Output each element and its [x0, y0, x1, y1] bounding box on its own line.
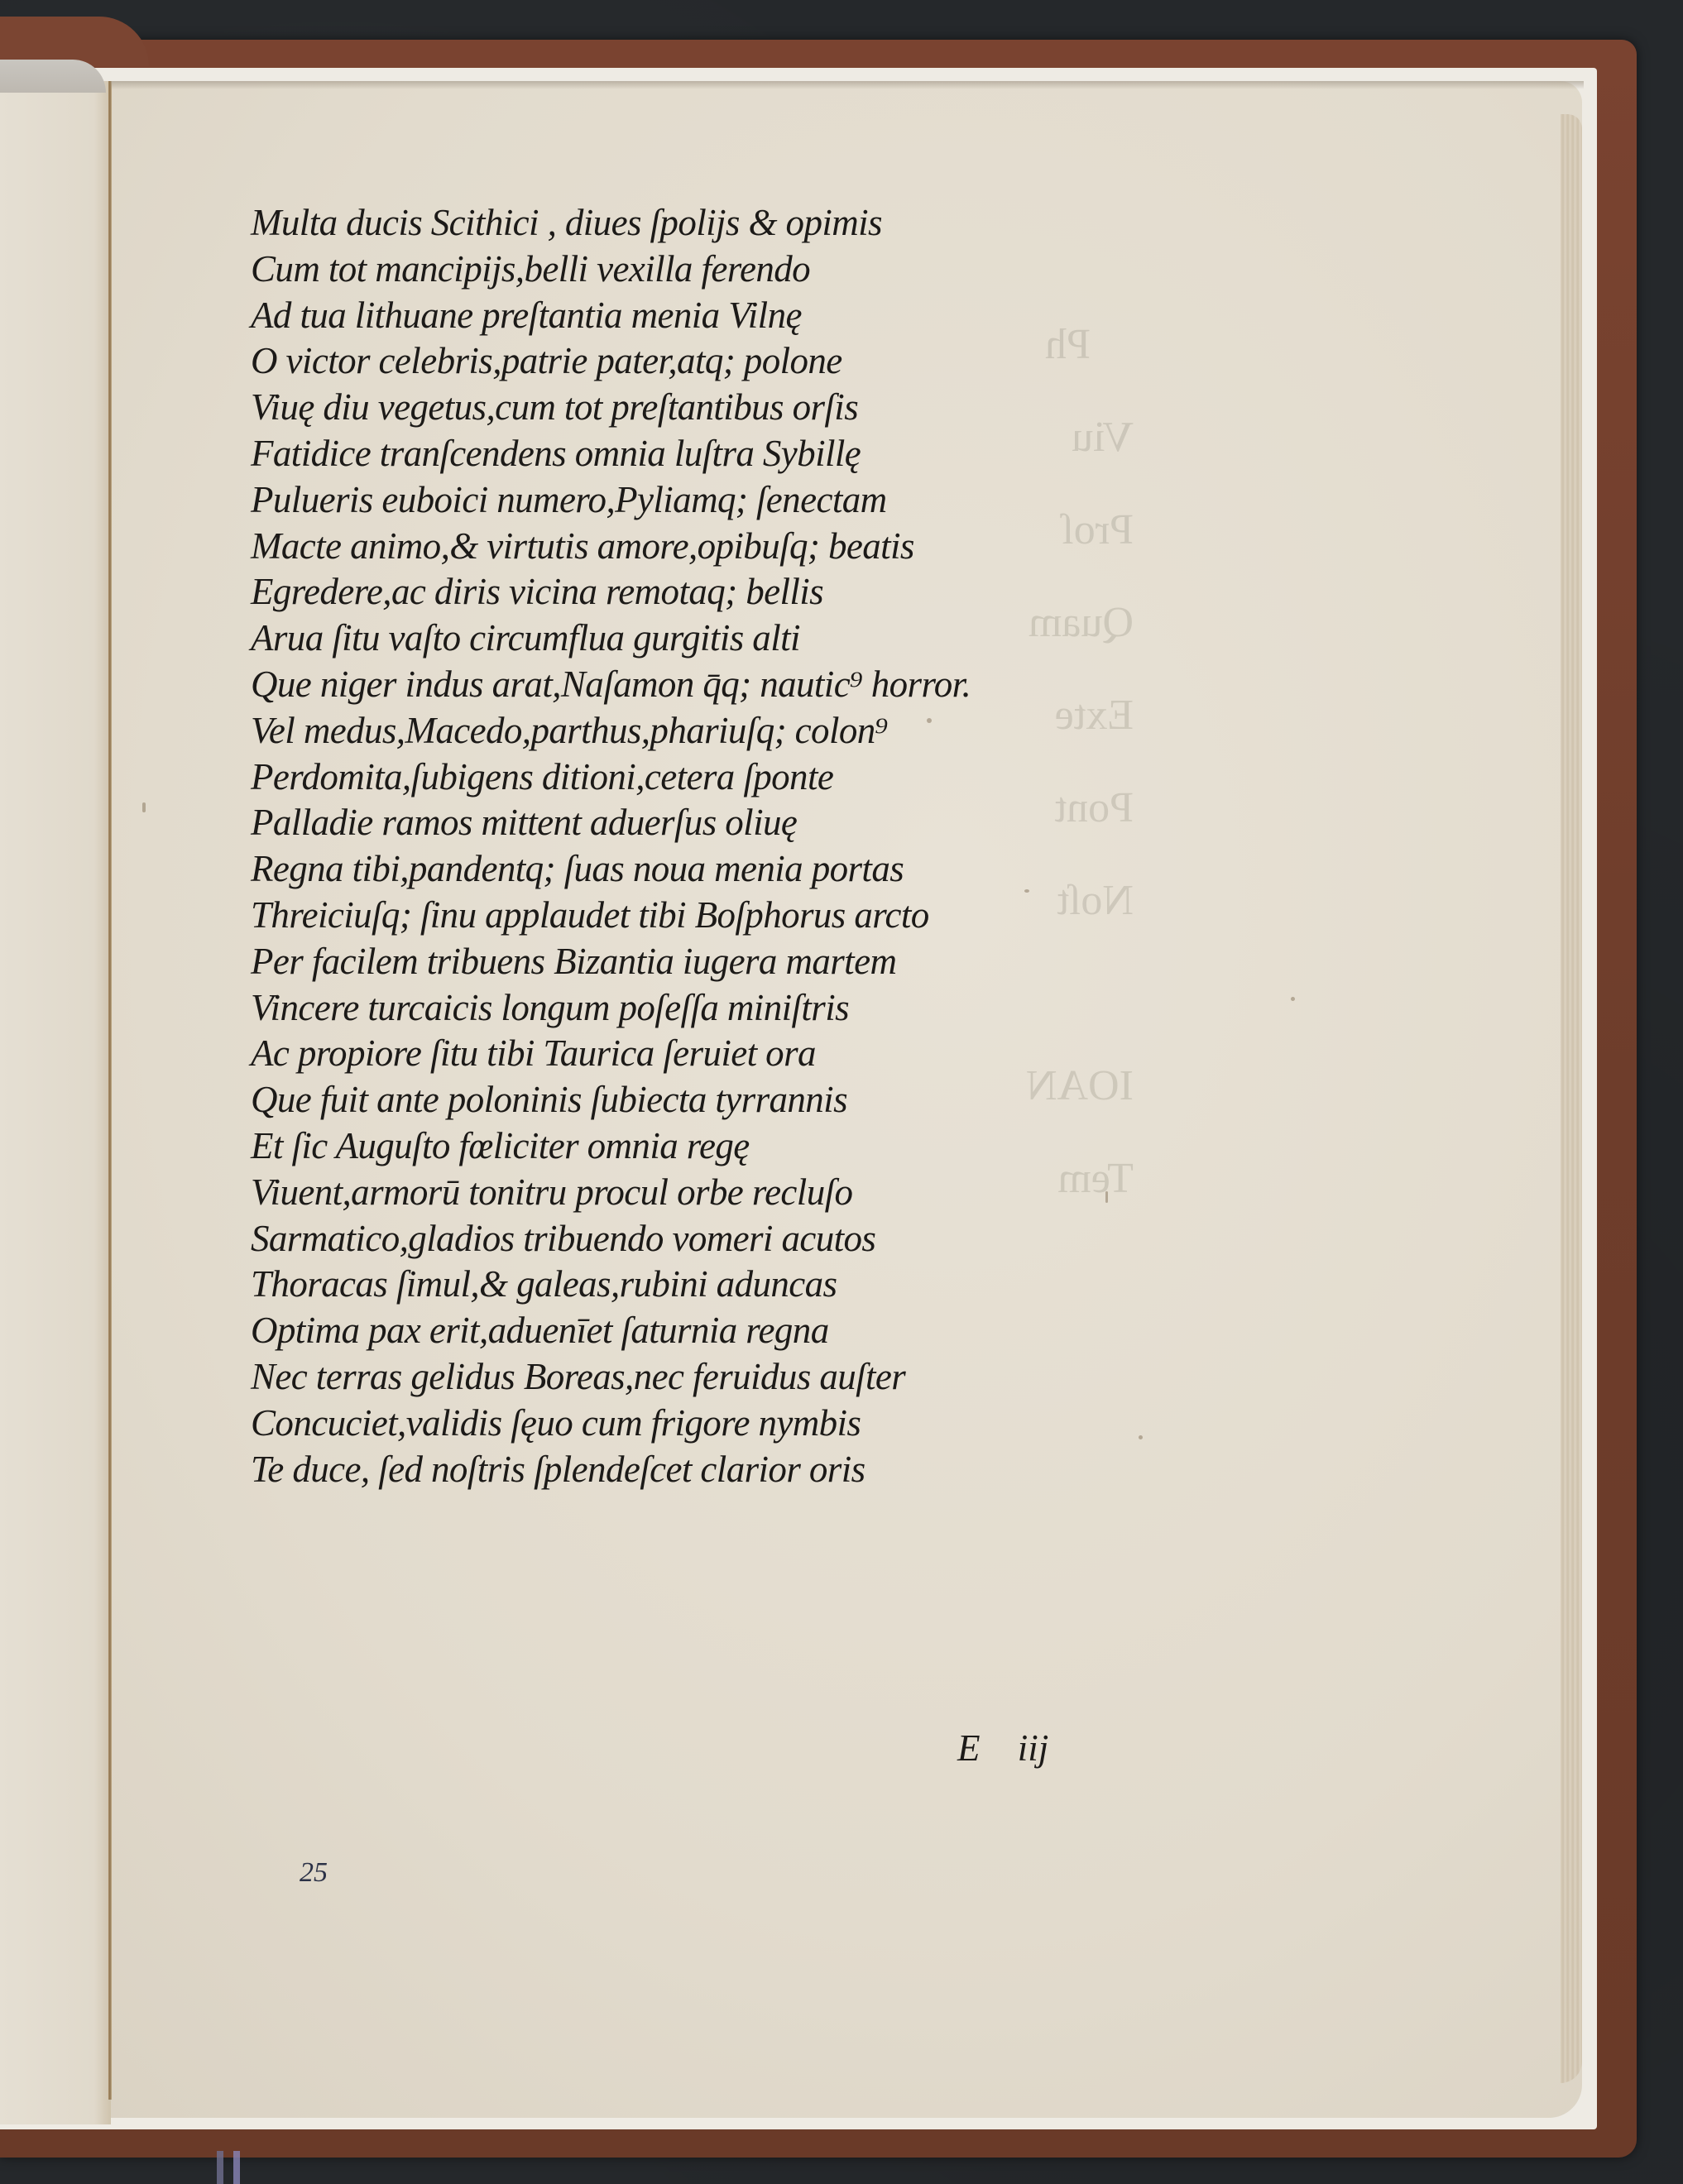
verse-line: Sarmatico,gladios tribuendo vomeri acuto…	[251, 1216, 971, 1262]
verse-line: Multa ducis Scithici , diues ſpolijs & o…	[251, 200, 971, 247]
verse-line: Que fuit ante poloninis ſubiecta tyrrann…	[251, 1077, 971, 1123]
verse-line: Fatidice tranſcendens omnia luſtra Sybil…	[251, 431, 971, 477]
verse-line: Palladie ramos mittent aduerſus oliuę	[251, 800, 971, 846]
verse-line: Threiciuſq; ſinu applaudet tibi Boſphoru…	[251, 893, 971, 939]
verse-line: Ac propiore ſitu tibi Taurica ſeruiet or…	[251, 1031, 971, 1077]
paper-speck	[1024, 889, 1029, 893]
verse-line: Ad tua lithuane preſtantia menia Vilnę	[251, 293, 971, 339]
left-page-curl	[0, 60, 106, 93]
bookmark-ribbon	[233, 2151, 240, 2184]
verse-line: Viuent,armorū tonitru procul orbe recluſ…	[251, 1170, 971, 1216]
page-top-shadow	[111, 81, 1584, 89]
verse-text: Multa ducis Scithici , diues ſpolijs & o…	[251, 200, 971, 1492]
verse-line: Macte animo,& virtutis amore,opibuſq; be…	[251, 524, 971, 570]
bookmark-ribbon	[217, 2151, 223, 2184]
cover-headcap	[0, 17, 149, 66]
verse-line: Arua ſitu vaſto circumflua gurgitis alti	[251, 615, 971, 662]
paper-speck	[1105, 1191, 1108, 1203]
paper-speck	[927, 718, 932, 723]
show-through-text: Ph Viu Proſ Quam Exte Pont Noſt IOAN Tem	[1026, 275, 1134, 1248]
verse-line: Perdomita,ſubigens ditioni,cetera ſponte	[251, 754, 971, 801]
gutter	[108, 81, 112, 2100]
verse-line: Regna tibi,pandentq; ſuas noua menia por…	[251, 846, 971, 893]
verse-line: Te duce, ſed noſtris ſplendeſcet clarior…	[251, 1447, 971, 1493]
verse-line: Nec terras gelidus Boreas,nec feruidus a…	[251, 1354, 971, 1401]
paper-speck	[142, 802, 146, 812]
verse-line: Pulueris euboici numero,Pyliamq; ſenecta…	[251, 477, 971, 524]
verse-line: Et ſic Auguſto fœliciter omnia regę	[251, 1123, 971, 1170]
verse-line: O victor celebris,patrie pater,atq; polo…	[251, 338, 971, 385]
paper-speck	[1139, 1435, 1143, 1439]
verse-line: Que niger indus arat,Naſamon q̄q; nautic…	[251, 662, 971, 708]
verse-line: Cum tot mancipijs,belli vexilla ferendo	[251, 247, 971, 293]
verse-line: Concuciet,validis ſęuo cum frigore nymbi…	[251, 1401, 971, 1447]
page-edge-stack	[1561, 114, 1582, 2083]
left-page-strip	[0, 81, 111, 2124]
verse-line: Egredere,ac diris vicina remotaq; bellis	[251, 569, 971, 615]
verse-line: Optima pax erit,aduenīet ſaturnia regna	[251, 1308, 971, 1354]
verse-line: Vel medus,Macedo,parthus,phariuſq; colon…	[251, 708, 971, 754]
verse-line: Thoracas ſimul,& galeas,rubini aduncas	[251, 1262, 971, 1308]
verse-line: Vincere turcaicis longum poſeſſa miniſtr…	[251, 985, 971, 1032]
signature-mark: E iij	[957, 1727, 1048, 1770]
folio-number: 25	[300, 1857, 328, 1889]
paper-speck	[1291, 997, 1295, 1001]
verse-line: Per facilem tribuens Bizantia iugera mar…	[251, 939, 971, 985]
verse-line: Viuę diu vegetus,cum tot preſtantibus or…	[251, 385, 971, 431]
